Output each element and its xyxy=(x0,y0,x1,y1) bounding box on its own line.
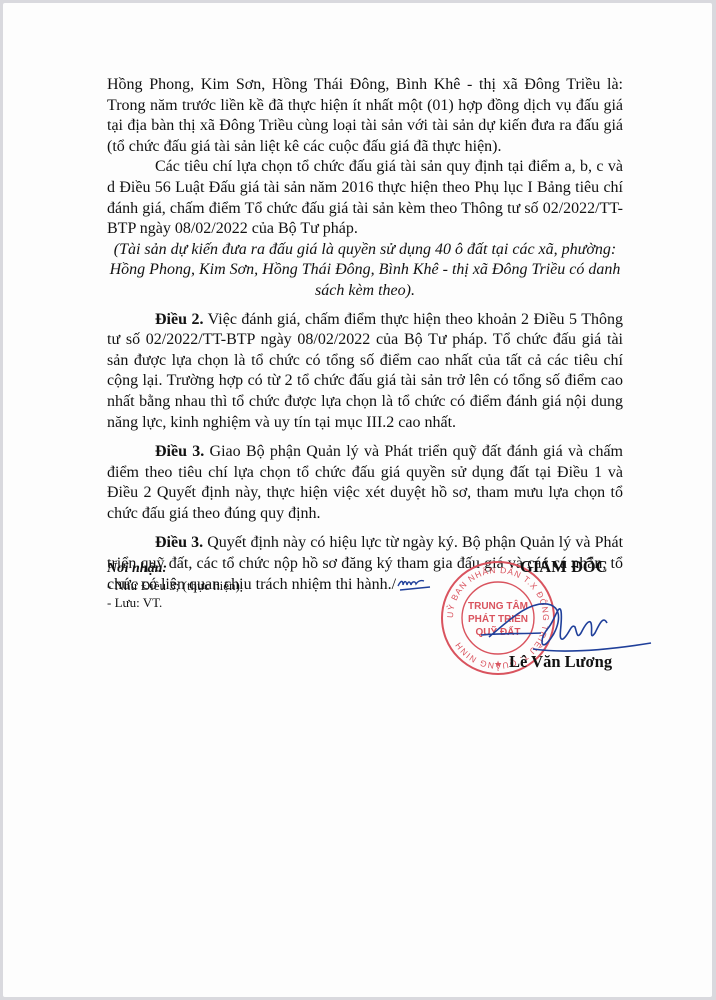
recipient-item: - Lưu: VT. xyxy=(107,594,240,611)
director-signature-icon xyxy=(481,593,653,661)
signer-title: GIÁM ĐỐC xyxy=(520,557,608,577)
article-3: Điều 3. Giao Bộ phận Quản lý và Phát tri… xyxy=(107,442,623,524)
asset-note: (Tài sản dự kiến đưa ra đấu giá là quyền… xyxy=(107,240,623,302)
recipients-block: Nơi nhận: - Như Điều 3; (thực hiện) - Lư… xyxy=(107,560,240,611)
article-label: Điều 3. xyxy=(155,534,203,551)
article-label: Điều 2. xyxy=(155,311,203,328)
article-label: Điều 3. xyxy=(155,443,204,460)
document-body: Hồng Phong, Kim Sơn, Hồng Thái Đông, Bìn… xyxy=(107,75,623,595)
article-text: Việc đánh giá, chấm điểm thực hiện theo … xyxy=(107,311,623,431)
recipient-item: - Như Điều 3; (thực hiện) xyxy=(107,577,240,594)
initials-signature-icon xyxy=(396,577,434,591)
signer-name: Lê Văn Lương xyxy=(509,652,612,672)
continuation-paragraph: Hồng Phong, Kim Sơn, Hồng Thái Đông, Bìn… xyxy=(107,75,623,157)
document-page: Hồng Phong, Kim Sơn, Hồng Thái Đông, Bìn… xyxy=(3,3,712,997)
recipients-title: Nơi nhận: xyxy=(107,560,240,577)
article-2: Điều 2. Việc đánh giá, chấm điểm thực hi… xyxy=(107,310,623,434)
criteria-paragraph: Các tiêu chí lựa chọn tổ chức đấu giá tà… xyxy=(107,157,623,239)
